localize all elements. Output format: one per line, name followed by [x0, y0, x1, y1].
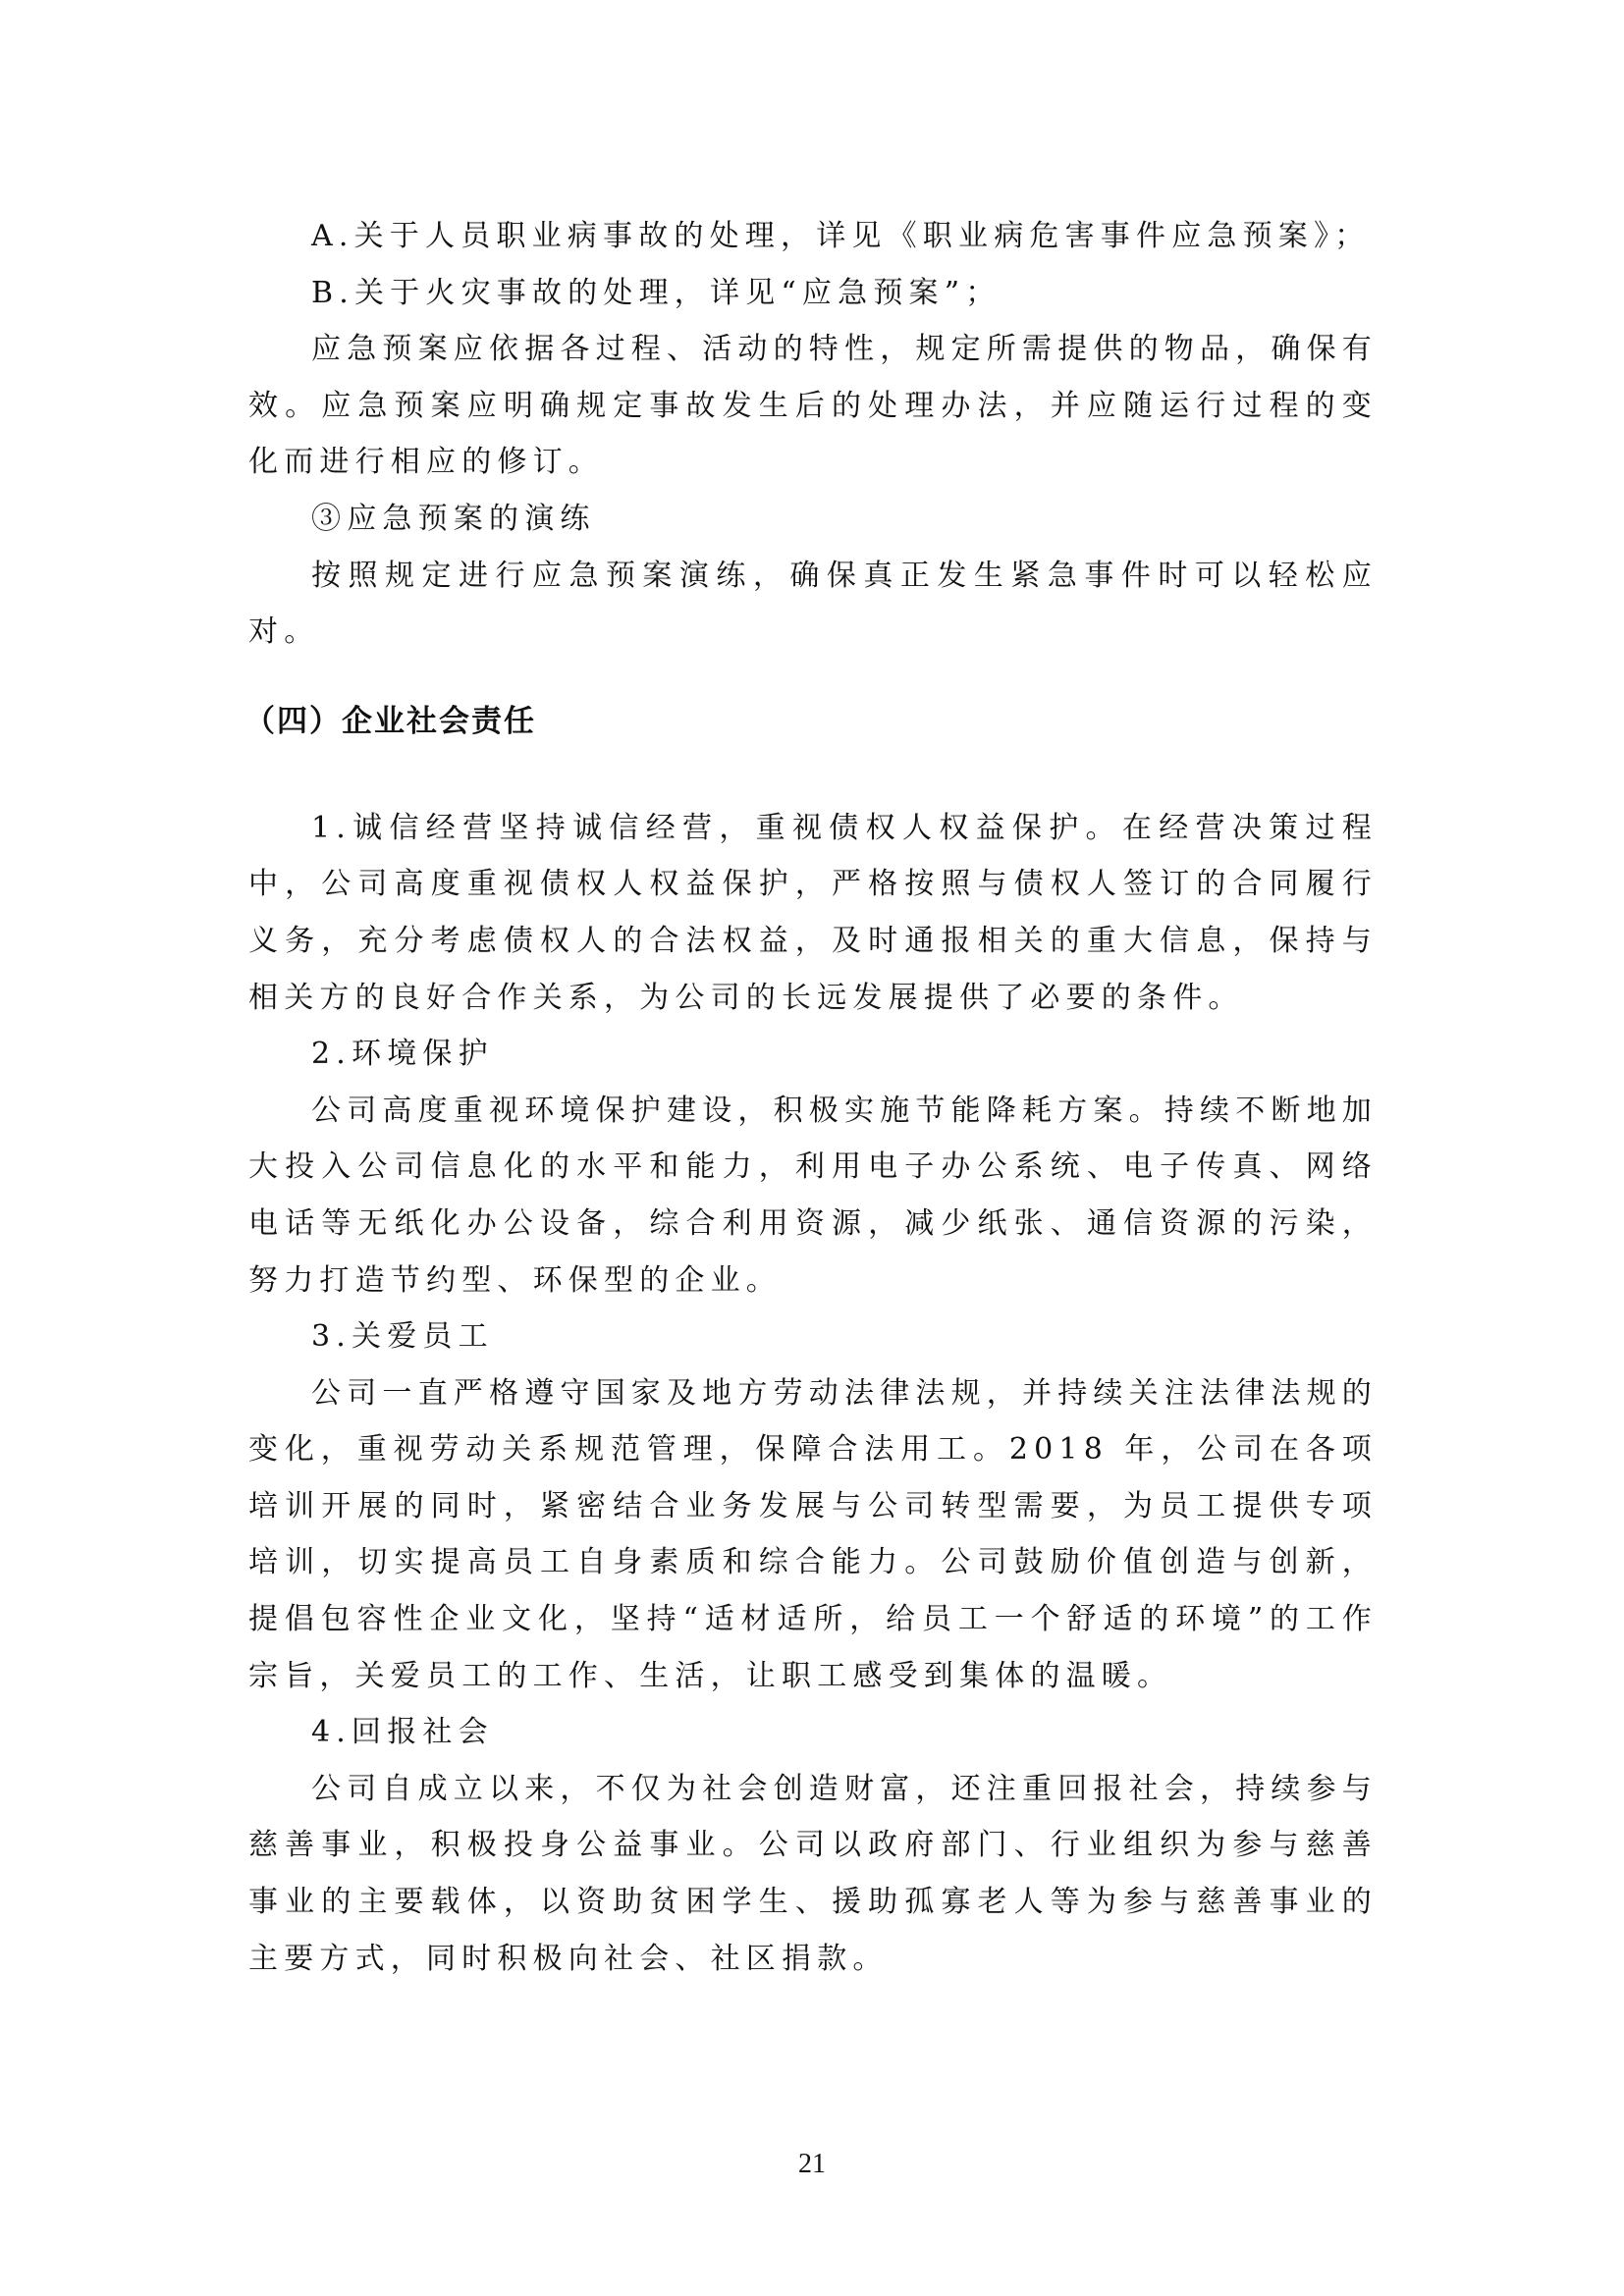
subheading-society: 4.回报社会: [248, 1704, 1378, 1761]
page-number: 21: [0, 2149, 1624, 2180]
paragraph-society: 公司自成立以来，不仅为社会创造财富，还注重回报社会，持续参与慈善事业，积极投身公…: [248, 1761, 1378, 1987]
document-page: A.关于人员职业病事故的处理，详见《职业病危害事件应急预案》； B.关于火灾事故…: [0, 0, 1624, 2296]
paragraph-fire-accident: B.关于火灾事故的处理，详见“应急预案”；: [248, 265, 1378, 322]
paragraph-occupational-disease: A.关于人员职业病事故的处理，详见《职业病危害事件应急预案》；: [248, 208, 1378, 265]
paragraph-emergency-plan: 应急预案应依据各过程、活动的特性，规定所需提供的物品，确保有效。应急预案应明确规…: [248, 321, 1378, 491]
subheading-emergency-drill: ③应急预案的演练: [248, 491, 1378, 548]
paragraph-integrity: 1.诚信经营坚持诚信经营，重视债权人权益保护。在经营决策过程中，公司高度重视债权…: [248, 800, 1378, 1026]
section-heading-csr: （四）企业社会责任: [244, 702, 1378, 741]
paragraph-drill-description: 按照规定进行应急预案演练，确保真正发生紧急事件时可以轻松应对。: [248, 548, 1378, 661]
paragraph-employees: 公司一直严格遵守国家及地方劳动法律法规，并持续关注法律法规的变化，重视劳动关系规…: [248, 1365, 1378, 1705]
subheading-employees: 3.关爱员工: [248, 1308, 1378, 1365]
page-content: A.关于人员职业病事故的处理，详见《职业病危害事件应急预案》； B.关于火灾事故…: [248, 208, 1378, 1987]
subheading-environment: 2.环境保护: [248, 1026, 1378, 1083]
paragraph-environment: 公司高度重视环境保护建设，积极实施节能降耗方案。持续不断地加大投入公司信息化的水…: [248, 1083, 1378, 1308]
